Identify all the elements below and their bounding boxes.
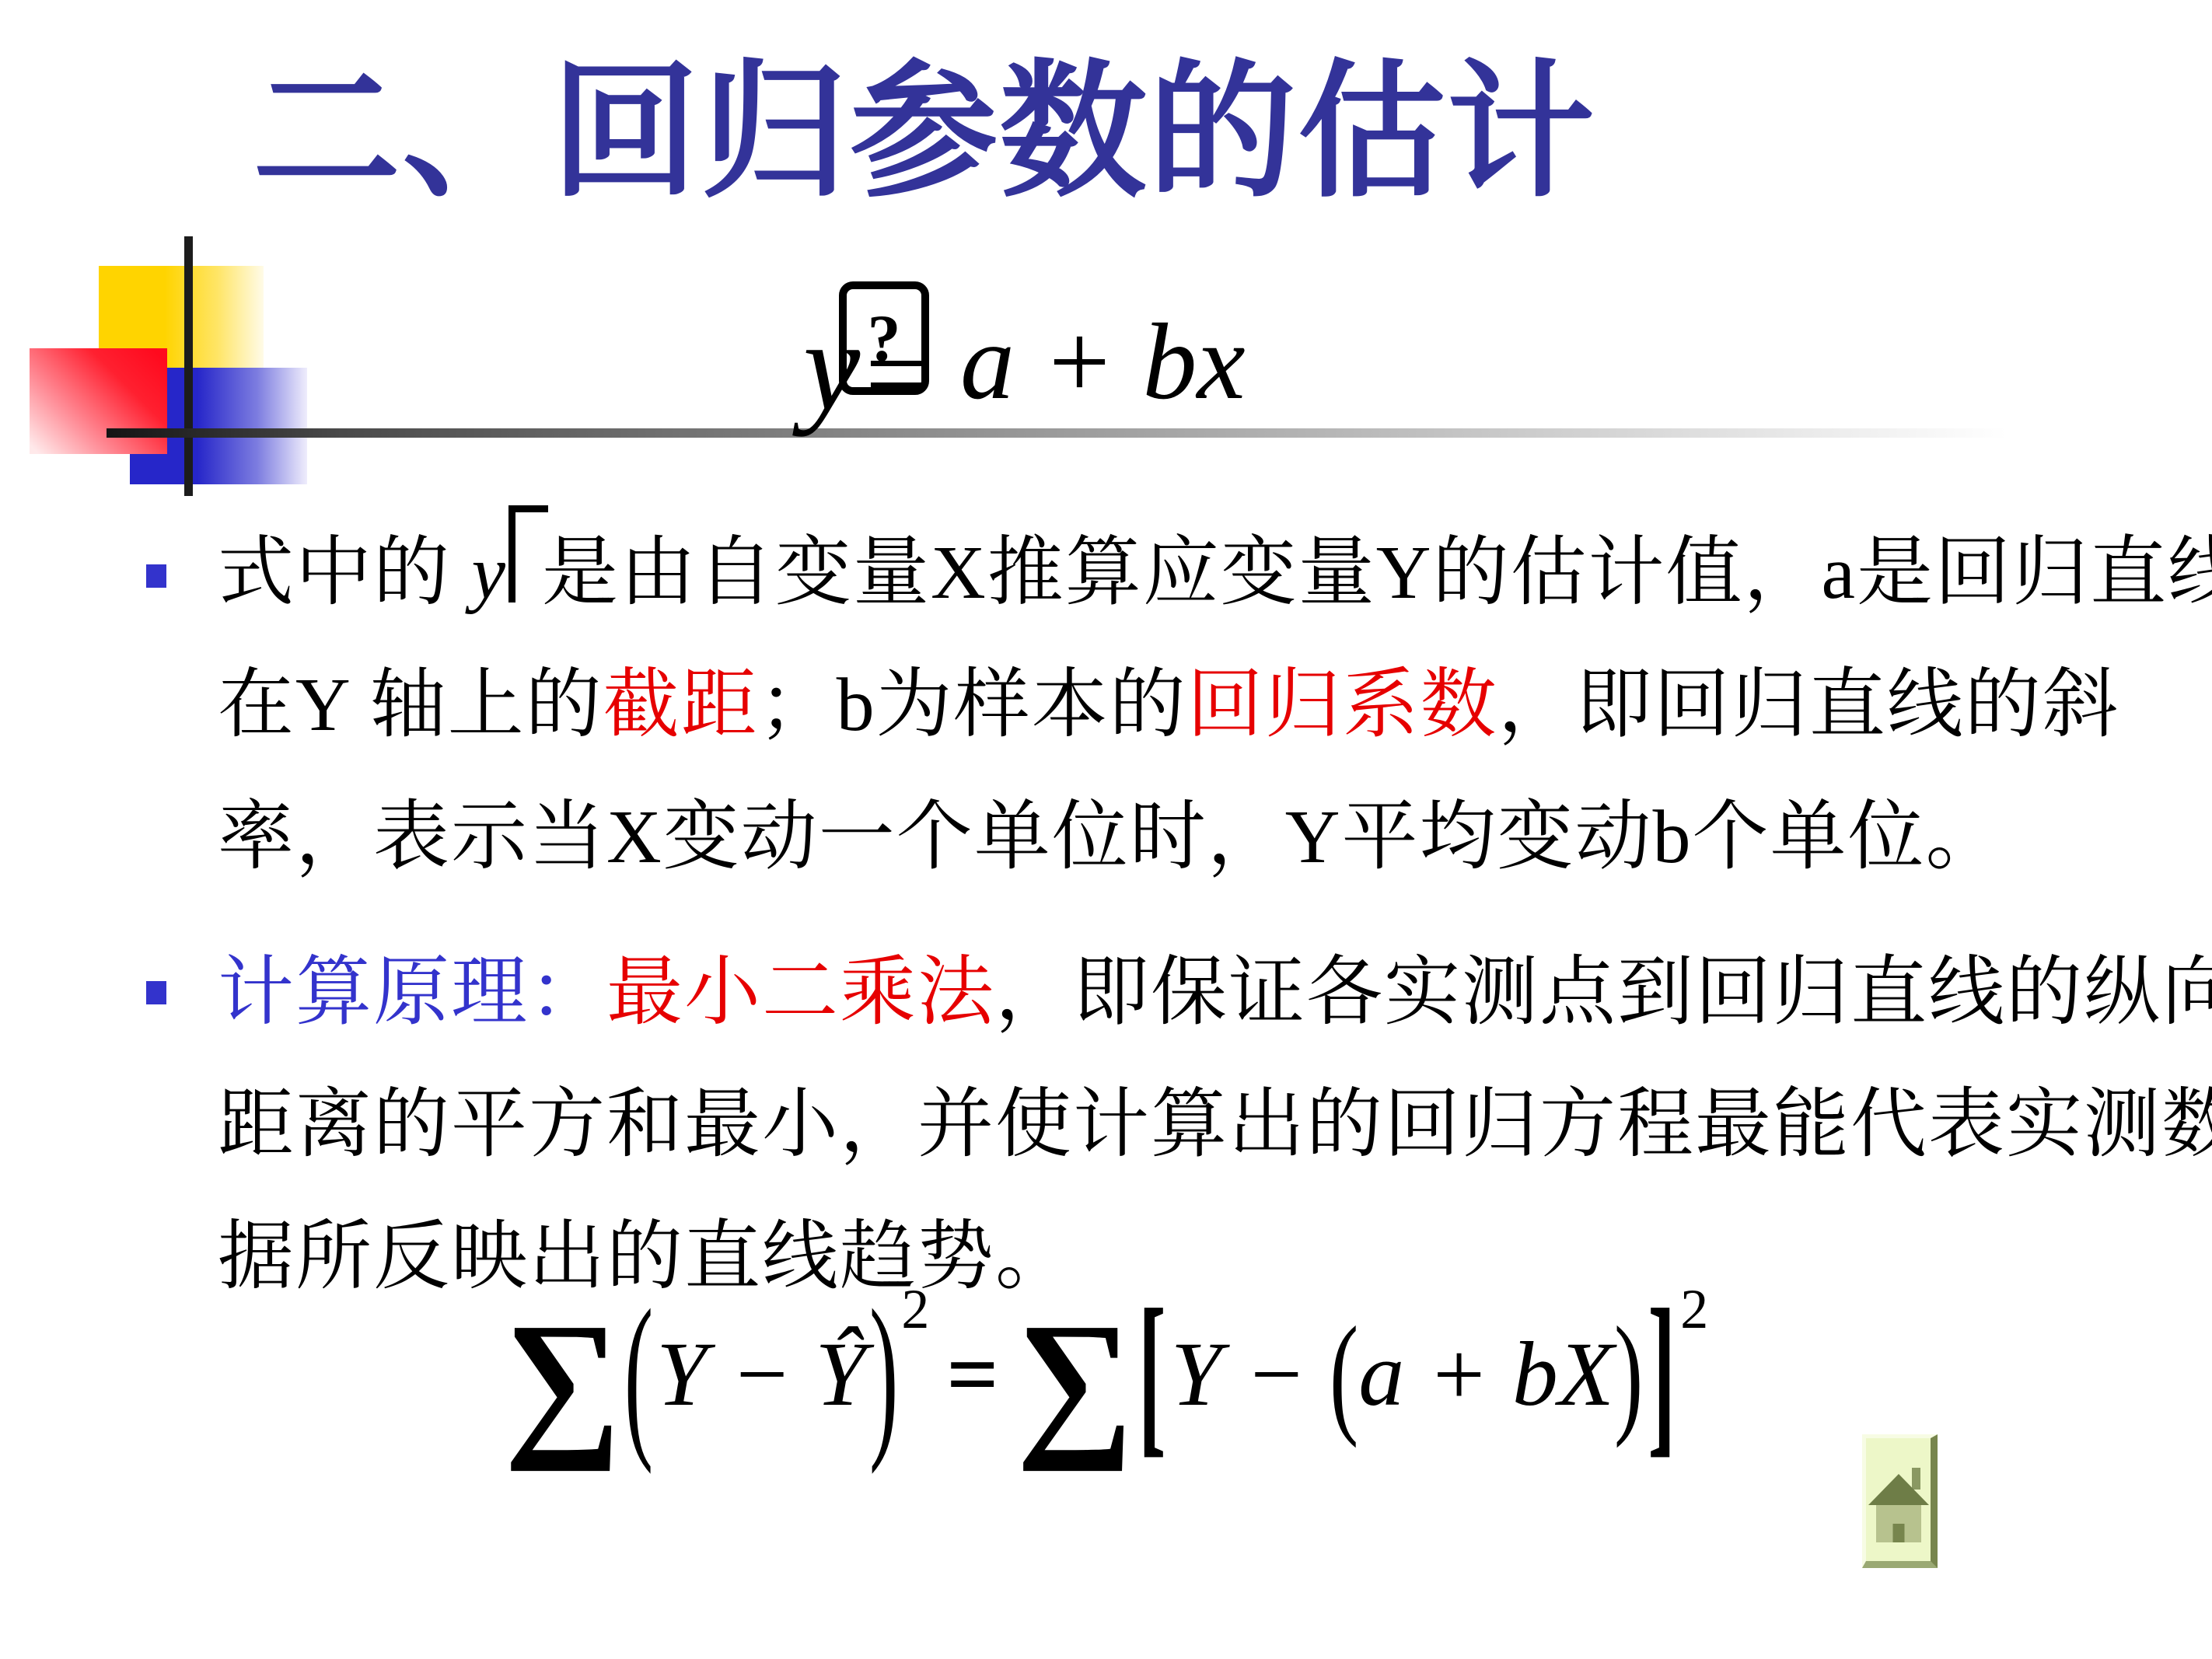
bullet1-line3: 率，表示当X变动一个单位时，Y平均变动b个单位。 — [218, 771, 2185, 903]
left-paren: ( — [621, 1283, 656, 1465]
home-icon-roof — [1868, 1474, 1929, 1505]
formula-equals: = — [929, 1322, 1015, 1427]
slide: 二、回归参数的估计 y = ? a + bx 式中的 y是由自变量X推算应变量Y… — [0, 0, 2212, 1659]
bullet1-line2-rest: ，即回归直线的斜 — [1498, 663, 2120, 747]
formula-rhs-inner: a + bX — [1358, 1329, 1614, 1420]
bullet1-line1: 式中的 y是由自变量X推算应变量Y的估计值，a是回归直线 — [218, 507, 2185, 639]
bullet1-line2-mid: ；b为样本的 — [759, 663, 1187, 747]
bullet1-line1-rest: 是由自变量X推算应变量Y的估计值，a是回归直线 — [542, 531, 2212, 615]
decor-vertical-line — [184, 236, 193, 496]
sigma-symbol: ∑ — [1016, 1307, 1134, 1455]
bullet2-line1: 计算原理：最小二乘法，即保证各实测点到回归直线的纵向 — [218, 927, 2185, 1059]
formula-rhs-body: Y − — [1171, 1329, 1330, 1420]
equation-rhs: a + bx — [960, 308, 1246, 417]
bullet-marker-icon — [146, 981, 166, 1004]
bullet1-coefficient-highlight: 回归系数 — [1187, 663, 1498, 747]
right-paren: ) — [866, 1283, 901, 1465]
exponent-2: 2 — [1680, 1277, 1708, 1342]
home-icon-door — [1892, 1524, 1904, 1542]
home-button[interactable] — [1862, 1434, 1938, 1568]
left-bracket: [ — [1134, 1284, 1171, 1465]
bullet1-line1-pre: 式中的 — [218, 531, 472, 615]
bullet-item-2: 计算原理：最小二乘法，即保证各实测点到回归直线的纵向 距离的平方和最小，并使计算… — [132, 927, 2185, 1323]
regression-equation: y = ? a + bx — [766, 281, 1357, 449]
home-icon — [1866, 1438, 1931, 1561]
missing-glyph-box: ? — [839, 281, 929, 395]
bullet-marker-icon — [146, 564, 166, 588]
bullet2-line1-rest: ，即保证各实测点到回归直线的纵向 — [995, 951, 2212, 1035]
bullet1-y-variable: y — [472, 531, 508, 615]
bullet2-least-squares-highlight: 最小二乘法 — [606, 951, 995, 1035]
inner-left-paren: ( — [1330, 1307, 1358, 1442]
question-mark-glyph: ? — [868, 299, 901, 377]
bullet1-line2: 在Y 轴上的截距；b为样本的回归系数，即回归直线的斜 — [218, 639, 2185, 771]
bullet2-line2: 距离的平方和最小，并使计算出的回归方程最能代表实测数 — [218, 1059, 2185, 1191]
exponent-2: 2 — [901, 1277, 929, 1342]
missing-glyph-tofu — [508, 505, 548, 602]
bullet1-intercept-highlight: 截距 — [603, 663, 759, 747]
decor-red-square — [30, 348, 167, 454]
formula-lhs-body: Y − Ŷ — [656, 1329, 866, 1420]
inner-right-paren: ) — [1614, 1307, 1643, 1442]
page-title: 二、回归参数的估计 — [253, 45, 1596, 222]
bullet1-line2-pre: 在Y 轴上的 — [218, 663, 603, 747]
sigma-symbol: ∑ — [504, 1307, 621, 1455]
bullet2-principle-label: 计算原理： — [218, 951, 606, 1035]
bullet-item-1: 式中的 y是由自变量X推算应变量Y的估计值，a是回归直线 在Y 轴上的截距；b为… — [132, 507, 2185, 903]
right-bracket: ] — [1643, 1284, 1680, 1465]
